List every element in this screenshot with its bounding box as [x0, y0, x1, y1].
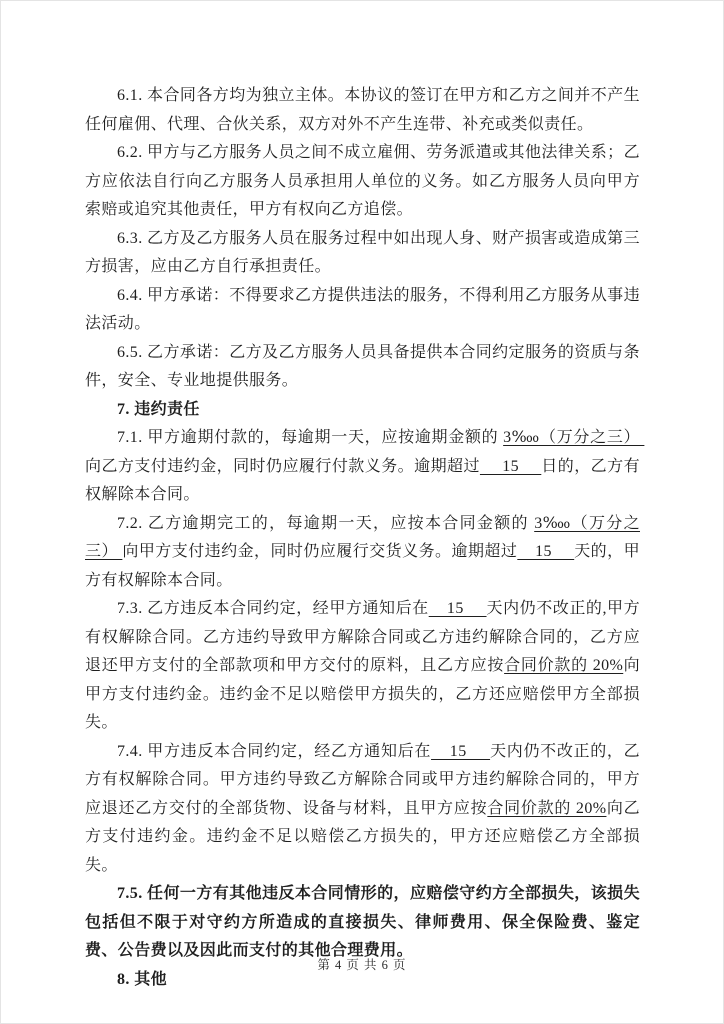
filled-blank: 15 — [429, 600, 487, 617]
clause-6-4: 6.4. 甲方承诺：不得要求乙方提供违法的服务，不得利用乙方服务从事违法活动。 — [85, 282, 640, 339]
clause-7-5: 7.5. 任何一方有其他违反本合同情形的，应赔偿守约方全部损失，该损失包括但不限… — [85, 880, 640, 966]
text-run: 7. 违约责任 — [117, 401, 200, 418]
text-run: 8. 其他 — [117, 971, 167, 988]
heading-7: 7. 违约责任 — [85, 396, 640, 425]
document-body: 6.1. 本合同各方均为独立主体。本协议的签订在甲方和乙方之间并不产生任何雇佣、… — [1, 1, 723, 994]
text-run: 7.1. 甲方逾期付款的，每逾期一天，应按逾期金额的 — [117, 429, 503, 446]
clause-7-1: 7.1. 甲方逾期付款的，每逾期一天，应按逾期金额的 3‱（万分之三） 向乙方支… — [85, 424, 640, 510]
page-number-label: 第 4 页 共 6 页 — [317, 958, 406, 972]
filled-blank: 15 — [431, 743, 490, 760]
text-run: 7.2. 乙方逾期完工的，每逾期一天，应按本合同金额的 — [117, 515, 534, 532]
text-run: 6.1. 本合同各方均为独立主体。本协议的签订在甲方和乙方之间并不产生任何雇佣、… — [85, 87, 640, 133]
filled-blank: 合同价款的 20% — [487, 800, 606, 817]
clause-6-2: 6.2. 甲方与乙方服务人员之间不成立雇佣、劳务派遣或其他法律关系；乙方应依法自… — [85, 139, 640, 225]
page-footer: 第 4 页 共 6 页 — [1, 955, 723, 973]
text-run: 7.5. 任何一方有其他违反本合同情形的，应赔偿守约方全部损失，该损失包括但不限… — [85, 885, 640, 959]
text-run: 向乙方支付违约金，同时仍应履行付款义务。逾期超过 — [85, 458, 480, 475]
clause-7-4: 7.4. 甲方违反本合同约定，经乙方通知后在 15 天内仍不改正的，乙方有权解除… — [85, 738, 640, 881]
contract-page: 6.1. 本合同各方均为独立主体。本协议的签订在甲方和乙方之间并不产生任何雇佣、… — [0, 0, 724, 1024]
text-run: 7.3. 乙方违反本合同约定，经甲方通知后在 — [117, 600, 429, 617]
clause-7-3: 7.3. 乙方违反本合同约定，经甲方通知后在 15 天内仍不改正的,甲方有权解除… — [85, 595, 640, 738]
clause-6-1: 6.1. 本合同各方均为独立主体。本协议的签订在甲方和乙方之间并不产生任何雇佣、… — [85, 82, 640, 139]
text-run: 6.5. 乙方承诺：乙方及乙方服务人员具备提供本合同约定服务的资质与条件，安全、… — [85, 344, 640, 390]
filled-blank: 15 — [480, 458, 541, 475]
filled-blank: 3‱（万分之三） — [503, 429, 644, 446]
text-run: 向甲方支付违约金，同时仍应履行交货义务。逾期超过 — [122, 543, 517, 560]
clause-6-3: 6.3. 乙方及乙方服务人员在服务过程中如出现人身、财产损害或造成第三方损害，应… — [85, 225, 640, 282]
filled-blank: 15 — [517, 543, 574, 560]
text-run: 6.3. 乙方及乙方服务人员在服务过程中如出现人身、财产损害或造成第三方损害，应… — [85, 230, 640, 276]
text-run: 7.4. 甲方违反本合同约定，经乙方通知后在 — [117, 743, 431, 760]
clause-7-2: 7.2. 乙方逾期完工的，每逾期一天，应按本合同金额的 3‱（万分之三） 向甲方… — [85, 510, 640, 596]
clause-6-5: 6.5. 乙方承诺：乙方及乙方服务人员具备提供本合同约定服务的资质与条件，安全、… — [85, 339, 640, 396]
text-run: 6.2. 甲方与乙方服务人员之间不成立雇佣、劳务派遣或其他法律关系；乙方应依法自… — [85, 144, 640, 218]
text-run: 6.4. 甲方承诺：不得要求乙方提供违法的服务，不得利用乙方服务从事违法活动。 — [85, 287, 640, 333]
filled-blank: 合同价款的 20% — [504, 657, 623, 674]
